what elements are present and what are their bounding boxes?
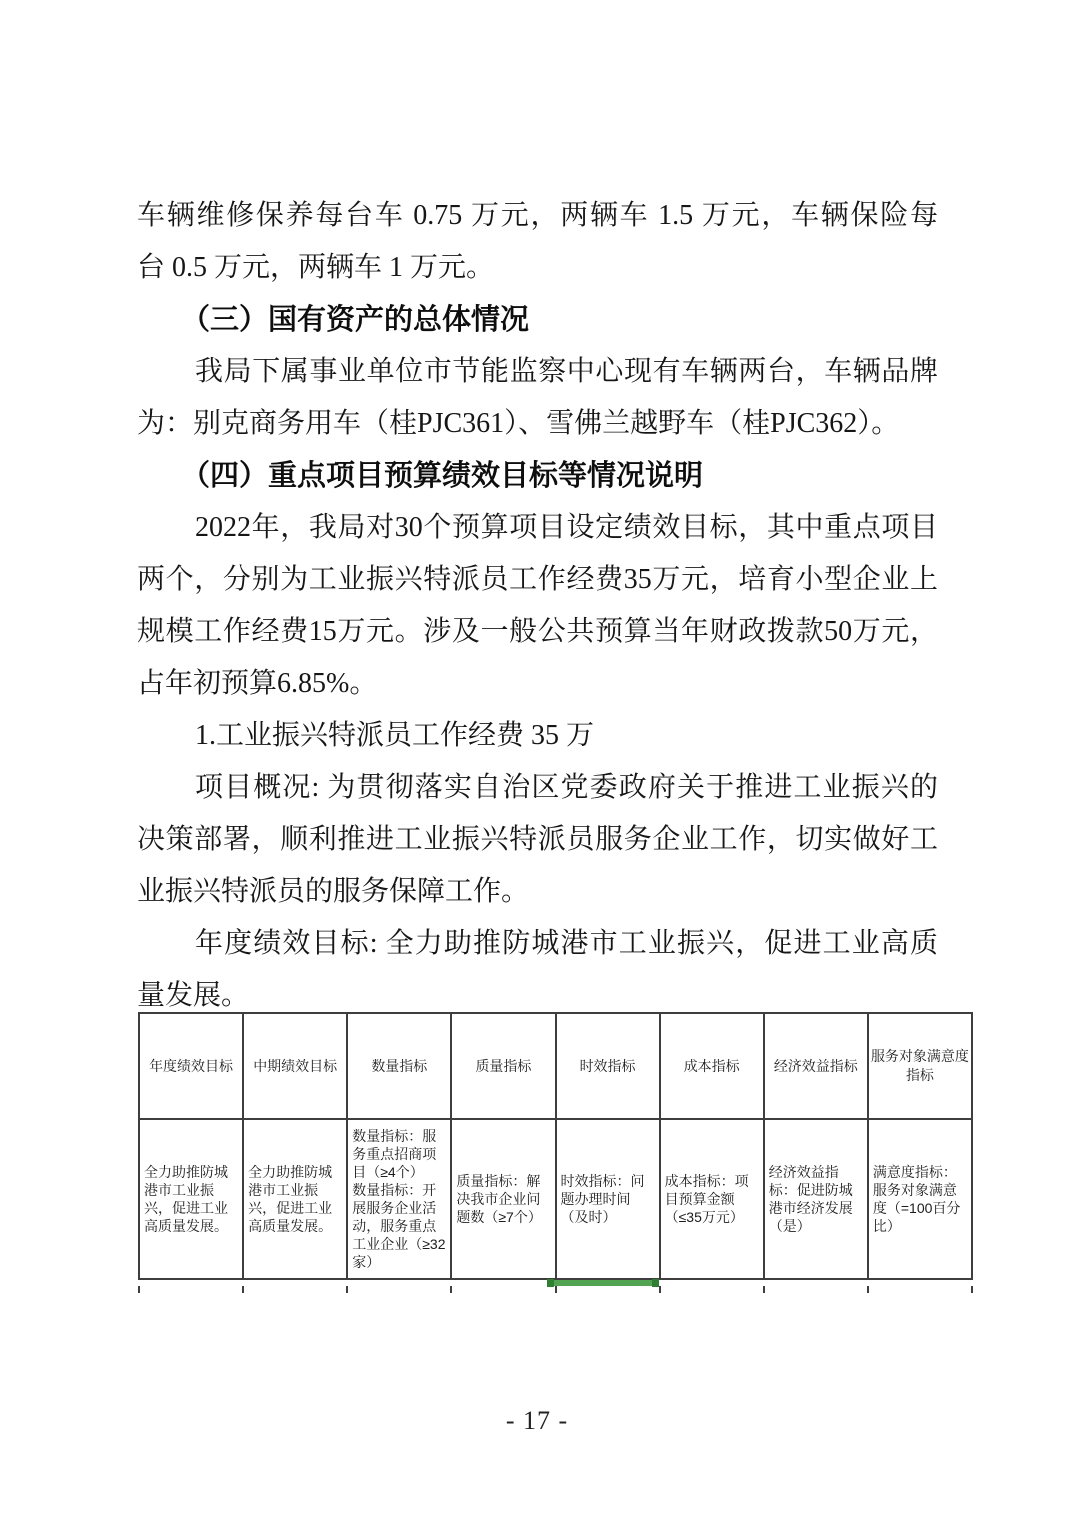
para-project1-overview-line-1: 项目概况: 为贯彻落实自治区党委政府关于推进工业振兴的 xyxy=(137,762,938,814)
cell-quantity-indicator: 数量指标：服务重点招商项目（≥4个） 数量指标：开展服务企业活动，服务重点工业企… xyxy=(347,1119,451,1279)
header-timeliness-indicator: 时效指标 xyxy=(556,1013,660,1119)
para-key-projects-line-3: 规模工作经费15万元。涉及一般公共预算当年财政拨款50万元， xyxy=(137,606,938,658)
project1-title: 1.工业振兴特派员工作经费 35 万 xyxy=(137,710,938,762)
table-next-row-cutoff xyxy=(138,1286,973,1293)
header-midterm-goal: 中期绩效目标 xyxy=(243,1013,347,1119)
table-row: 全力助推防城港市工业振兴，促进工业高质量发展。 全力助推防城港市工业振兴，促进工… xyxy=(139,1119,972,1279)
para-project1-goal-line-1: 年度绩效目标: 全力助推防城港市工业振兴，促进工业高质 xyxy=(137,918,938,970)
section-heading-key-projects: （四）重点项目预算绩效目标等情况说明 xyxy=(137,450,938,502)
page-number: - 17 - xyxy=(0,1406,1074,1436)
header-quantity-indicator: 数量指标 xyxy=(347,1013,451,1119)
cell-economic-benefit-indicator: 经济效益指标：促进防城港市经济发展（是） xyxy=(764,1119,868,1279)
para-vehicle-costs-line-2: 台 0.5 万元，两辆车 1 万元。 xyxy=(137,242,938,294)
cell-quality-indicator: 质量指标：解决我市企业问题数（≥7个） xyxy=(451,1119,555,1279)
cell-annual-goal: 全力助推防城港市工业振兴，促进工业高质量发展。 xyxy=(139,1119,243,1279)
section-heading-state-assets: （三）国有资产的总体情况 xyxy=(137,294,938,346)
header-satisfaction-indicator: 服务对象满意度指标 xyxy=(868,1013,972,1119)
document-text-flow: 车辆维修保养每台车 0.75 万元，两辆车 1.5 万元，车辆保险每 台 0.5… xyxy=(137,190,938,1022)
header-cost-indicator: 成本指标 xyxy=(660,1013,764,1119)
para-project1-overview-line-2: 决策部署，顺利推进工业振兴特派员服务企业工作，切实做好工 xyxy=(137,814,938,866)
para-state-assets-line-1: 我局下属事业单位市节能监察中心现有车辆两台，车辆品牌 xyxy=(137,346,938,398)
document-page: 车辆维修保养每台车 0.75 万元，两辆车 1.5 万元，车辆保险每 台 0.5… xyxy=(0,0,1074,1520)
cell-cost-indicator: 成本指标：项目预算金额（≤35万元） xyxy=(660,1119,764,1279)
para-key-projects-line-2: 两个，分别为工业振兴特派员工作经费35万元，培育小型企业上 xyxy=(137,554,938,606)
header-annual-goal: 年度绩效目标 xyxy=(139,1013,243,1119)
header-economic-benefit-indicator: 经济效益指标 xyxy=(764,1013,868,1119)
para-vehicle-costs-line-1: 车辆维修保养每台车 0.75 万元，两辆车 1.5 万元，车辆保险每 xyxy=(137,190,938,242)
para-state-assets-line-2: 为：别克商务用车（桂PJC361）、雪佛兰越野车（桂PJC362）。 xyxy=(137,398,938,450)
performance-indicator-table: 年度绩效目标 中期绩效目标 数量指标 质量指标 时效指标 成本指标 经济效益指标… xyxy=(138,1012,973,1280)
cell-midterm-goal: 全力助推防城港市工业振兴，促进工业高质量发展。 xyxy=(243,1119,347,1279)
cell-timeliness-indicator: 时效指标：问题办理时间（及时） xyxy=(556,1119,660,1279)
cell-satisfaction-indicator: 满意度指标：服务对象满意度（=100百分比） xyxy=(868,1119,972,1279)
header-quality-indicator: 质量指标 xyxy=(451,1013,555,1119)
table-selection-highlight xyxy=(549,1280,657,1286)
para-key-projects-line-4: 占年初预算6.85%。 xyxy=(137,658,938,710)
para-key-projects-line-1: 2022年，我局对30个预算项目设定绩效目标，其中重点项目 xyxy=(137,502,938,554)
para-project1-overview-line-3: 业振兴特派员的服务保障工作。 xyxy=(137,866,938,918)
table-header-row: 年度绩效目标 中期绩效目标 数量指标 质量指标 时效指标 成本指标 经济效益指标… xyxy=(139,1013,972,1119)
